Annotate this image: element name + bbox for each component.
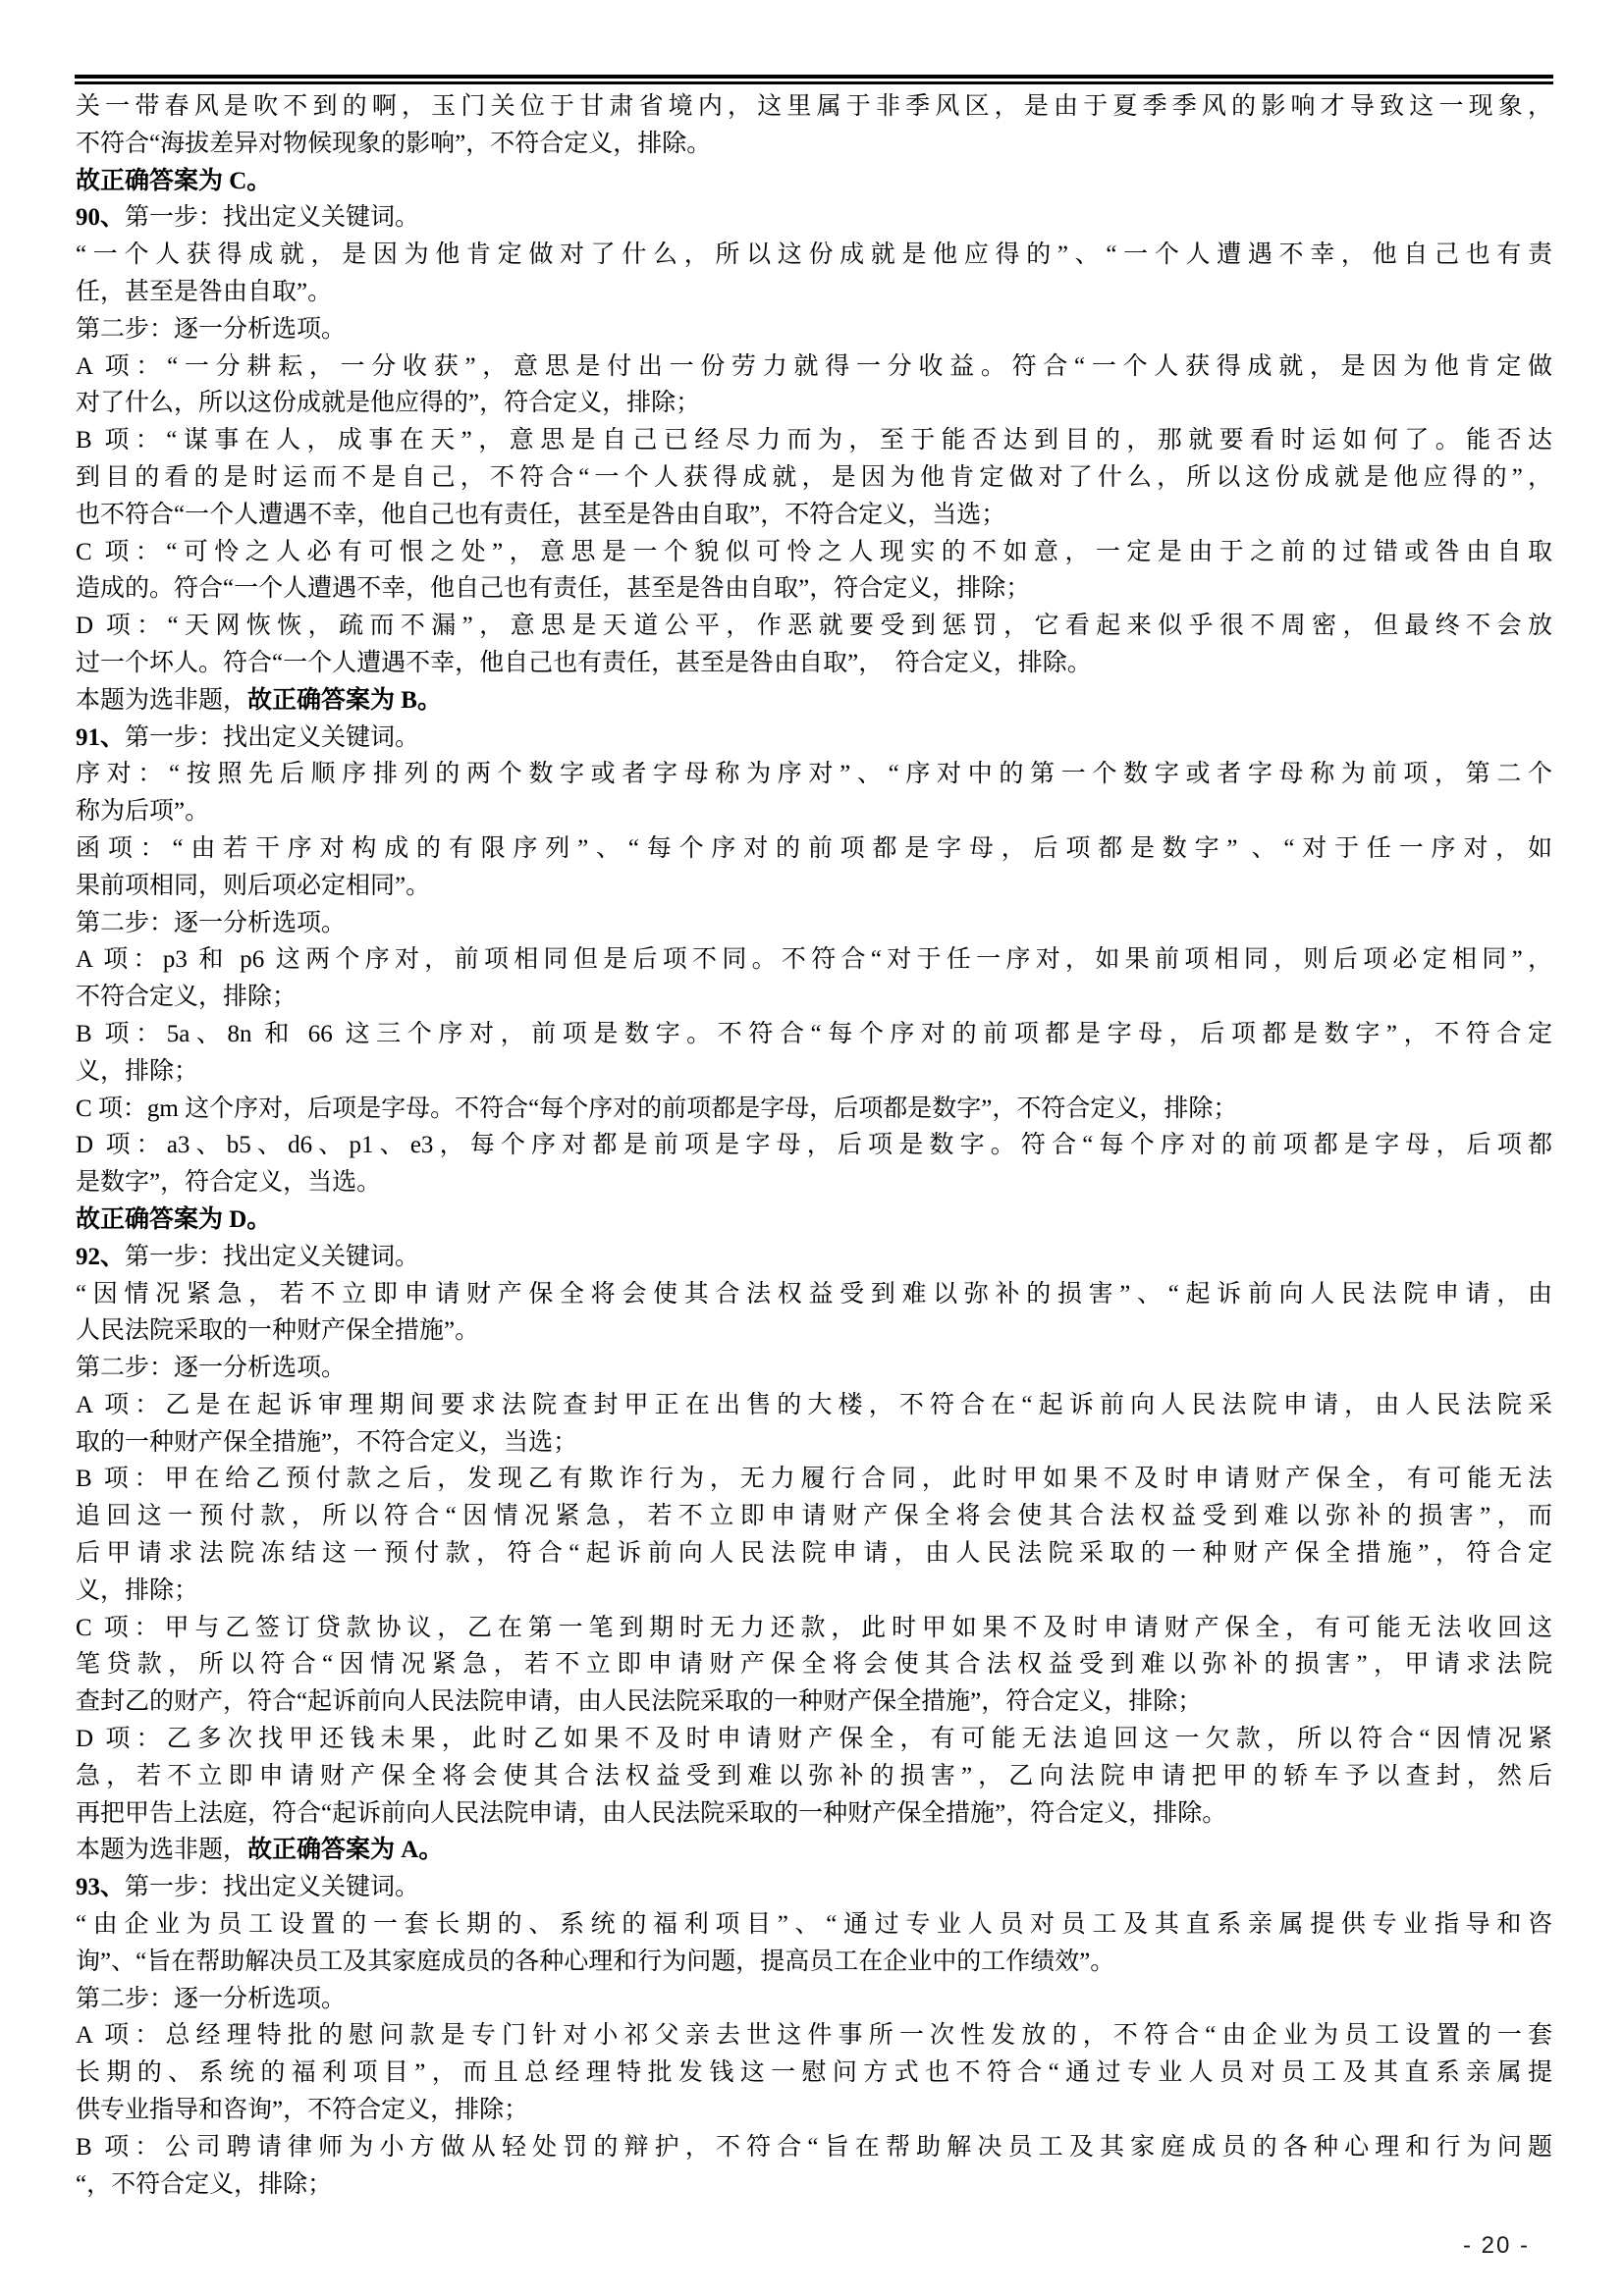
text-line: 后甲请求法院冻结这一预付款，符合“起诉前向人民法院申请，由人民法院采取的一种财产…: [76, 1535, 1552, 1573]
text-line: 关一带春风是吹不到的啊，玉门关位于甘肃省境内，这里属于非季风区，是由于夏季季风的…: [76, 88, 1552, 126]
text-segment: A 项：总经理特批的慰问款是专门针对小祁父亲去世这件事所一次性发放的，不符合“由…: [76, 2022, 1552, 2049]
text-segment: A 项：乙是在起诉审理期间要求法院查封甲正在出售的大楼，不符合在“起诉前向人民法…: [76, 1392, 1552, 1418]
text-line: 追回这一预付款，所以符合“因情况紧急，若不立即申请财产保全将会使其合法权益受到难…: [76, 1498, 1552, 1535]
text-segment: B 项：公司聘请律师为小方做从轻处罚的辩护，不符合“旨在帮助解决员工及其家庭成员…: [76, 2134, 1552, 2161]
text-line: 询”、“旨在帮助解决员工及其家庭成员的各种心理和行为问题，提高员工在企业中的工作…: [76, 1944, 1552, 1981]
text-segment: D 项：“天网恢恢，疏而不漏”，意思是天道公平，作恶就要受到惩罚，它看起来似乎很…: [76, 613, 1552, 639]
text-line: “因情况紧急，若不立即申请财产保全将会使其合法权益受到难以弥补的损害”、“起诉前…: [76, 1276, 1552, 1313]
text-segment: 过一个坏人。符合“一个人遭遇不幸，他自己也有责任，甚至是咎由自取”， 符合定义，…: [76, 650, 1092, 676]
text-segment: “，不符合定义，排除；: [76, 2171, 332, 2198]
text-segment: 本题为选非题，: [76, 687, 247, 714]
text-segment: 供专业指导和咨询”，不符合定义，排除；: [76, 2097, 528, 2123]
text-line: “一个人获得成就，是因为他肯定做对了什么，所以这份成就是他应得的”、“一个人遭遇…: [76, 237, 1552, 274]
text-line: 第二步：逐一分析选项。: [76, 905, 1552, 942]
text-segment: B 项：5a、8n 和 66 这三个序对，前项是数字。不符合“每个序对的前项都是…: [76, 1021, 1552, 1047]
text-segment: 第二步：逐一分析选项。: [76, 1986, 346, 2012]
text-line: 是数字”，符合定义，当选。: [76, 1164, 1552, 1201]
text-segment: A 项：p3 和 p6 这两个序对，前项相同但是后项不同。不符合“对于任一序对，…: [76, 946, 1552, 973]
text-line: 本题为选非题，故正确答案为 A。: [76, 1832, 1552, 1869]
text-line: 取的一种财产保全措施”，不符合定义，当选；: [76, 1424, 1552, 1462]
text-line: C 项：gm 这个序对，后项是字母。不符合“每个序对的前项都是字母，后项都是数字…: [76, 1091, 1552, 1128]
text-line: B 项：甲在给乙预付款之后，发现乙有欺诈行为，无力履行合同，此时甲如果不及时申请…: [76, 1461, 1552, 1498]
text-line: 义，排除；: [76, 1053, 1552, 1091]
text-line: A 项：“一分耕耘，一分收获”，意思是付出一份劳力就得一分收益。符合“一个人获得…: [76, 348, 1552, 386]
text-segment: A 项：“一分耕耘，一分收获”，意思是付出一份劳力就得一分收益。符合“一个人获得…: [76, 353, 1552, 380]
text-line: A 项：p3 和 p6 这两个序对，前项相同但是后项不同。不符合“对于任一序对，…: [76, 941, 1552, 979]
text-segment: 义，排除；: [76, 1058, 198, 1085]
text-segment: 第一步：找出定义关键词。: [125, 1874, 419, 1900]
text-segment: 序对：“按照先后顺序排列的两个数字或者字母称为序对”、“序对中的第一个数字或者字…: [76, 761, 1552, 787]
text-line: D 项：乙多次找甲还钱未果，此时乙如果不及时申请财产保全，有可能无法追回这一欠款…: [76, 1721, 1552, 1758]
text-line: “由企业为员工设置的一套长期的、系统的福利项目”、“通过专业人员对员工及其直系亲…: [76, 1906, 1552, 1944]
text-segment: 后甲请求法院冻结这一预付款，符合“起诉前向人民法院申请，由人民法院采取的一种财产…: [76, 1540, 1552, 1567]
text-line: 到目的看的是时运而不是自己，不符合“一个人获得成就，是因为他肯定做对了什么，所以…: [76, 459, 1552, 497]
text-segment: 第二步：逐一分析选项。: [76, 910, 346, 936]
text-segment: 笔贷款，所以符合“因情况紧急，若不立即申请财产保全将会使其合法权益受到难以弥补的…: [76, 1651, 1552, 1678]
header-rule-thin-line: [75, 81, 1553, 84]
header-double-rule: [75, 75, 1553, 84]
text-segment: 造成的。符合“一个人遭遇不幸，他自己也有责任，甚至是咎由自取”，符合定义，排除；: [76, 575, 1030, 602]
text-line: 果前项相同，则后项必定相同”。: [76, 868, 1552, 905]
text-line: 义，排除；: [76, 1573, 1552, 1610]
text-line: 故正确答案为 D。: [76, 1201, 1552, 1239]
text-segment: 追回这一预付款，所以符合“因情况紧急，若不立即申请财产保全将会使其合法权益受到难…: [76, 1503, 1552, 1529]
text-line: 92、第一步：找出定义关键词。: [76, 1239, 1552, 1276]
text-line: D 项：“天网恢恢，疏而不漏”，意思是天道公平，作恶就要受到惩罚，它看起来似乎很…: [76, 608, 1552, 645]
text-line: 故正确答案为 C。: [76, 163, 1552, 200]
text-line: 第二步：逐一分析选项。: [76, 1981, 1552, 2018]
text-line: 不符合“海拔差异对物候现象的影响”，不符合定义，排除。: [76, 126, 1552, 163]
text-segment: 再把甲告上法庭，符合“起诉前向人民法院申请，由人民法院采取的一种财产保全措施”，…: [76, 1800, 1226, 1827]
text-segment: “由企业为员工设置的一套长期的、系统的福利项目”、“通过专业人员对员工及其直系亲…: [76, 1911, 1552, 1938]
text-line: 第二步：逐一分析选项。: [76, 1350, 1552, 1387]
text-line: 查封乙的财产，符合“起诉前向人民法院申请，由人民法院采取的一种财产保全措施”，符…: [76, 1683, 1552, 1721]
answer-emphasis-segment: 93、: [76, 1874, 125, 1900]
text-line: 对了什么，所以这份成就是他应得的”，符合定义，排除；: [76, 385, 1552, 422]
text-segment: “因情况紧急，若不立即申请财产保全将会使其合法权益受到难以弥补的损害”、“起诉前…: [76, 1281, 1552, 1308]
text-line: D 项：a3、b5、d6、p1、e3，每个序对都是前项是字母，后项是数字。符合“…: [76, 1127, 1552, 1164]
text-segment: 人民法院采取的一种财产保全措施”。: [76, 1317, 479, 1344]
text-line: 本题为选非题，故正确答案为 B。: [76, 682, 1552, 720]
text-line: B 项：5a、8n 和 66 这三个序对，前项是数字。不符合“每个序对的前项都是…: [76, 1016, 1552, 1053]
answer-emphasis-segment: 90、: [76, 204, 125, 231]
text-segment: 也不符合“一个人遭遇不幸，他自己也有责任，甚至是咎由自取”，不符合定义，当选；: [76, 502, 1005, 528]
text-line: B 项：“谋事在人，成事在天”，意思是自己已经尽力而为，至于能否达到目的，那就要…: [76, 422, 1552, 459]
text-line: 函项：“由若干序对构成的有限序列”、“每个序对的前项都是字母，后项都是数字” 、…: [76, 830, 1552, 868]
text-line: 90、第一步：找出定义关键词。: [76, 199, 1552, 237]
answer-emphasis-segment: 92、: [76, 1244, 125, 1270]
text-line: 也不符合“一个人遭遇不幸，他自己也有责任，甚至是咎由自取”，不符合定义，当选；: [76, 497, 1552, 534]
text-segment: 不符合定义，排除；: [76, 984, 297, 1010]
text-segment: 询”、“旨在帮助解决员工及其家庭成员的各种心理和行为问题，提高员工在企业中的工作…: [76, 1949, 1114, 1975]
document-body: 关一带春风是吹不到的啊，玉门关位于甘肃省境内，这里属于非季风区，是由于夏季季风的…: [76, 88, 1552, 2203]
text-segment: 查封乙的财产，符合“起诉前向人民法院申请，由人民法院采取的一种财产保全措施”，符…: [76, 1688, 1202, 1715]
text-segment: 任，甚至是咎由自取”。: [76, 279, 332, 305]
text-segment: 第二步：逐一分析选项。: [76, 1355, 346, 1381]
text-segment: D 项：乙多次找甲还钱未果，此时乙如果不及时申请财产保全，有可能无法追回这一欠款…: [76, 1726, 1552, 1752]
text-segment: 函项：“由若干序对构成的有限序列”、“每个序对的前项都是字母，后项都是数字” 、…: [76, 835, 1552, 862]
text-line: 93、第一步：找出定义关键词。: [76, 1869, 1552, 1906]
text-line: 序对：“按照先后顺序排列的两个数字或者字母称为序对”、“序对中的第一个数字或者字…: [76, 756, 1552, 793]
text-segment: 第一步：找出定义关键词。: [125, 724, 419, 751]
text-line: A 项：总经理特批的慰问款是专门针对小祁父亲去世这件事所一次性发放的，不符合“由…: [76, 2017, 1552, 2055]
text-line: 第二步：逐一分析选项。: [76, 311, 1552, 348]
text-line: 称为后项”。: [76, 793, 1552, 830]
text-segment: 本题为选非题，: [76, 1837, 247, 1863]
text-line: 再把甲告上法庭，符合“起诉前向人民法院申请，由人民法院采取的一种财产保全措施”，…: [76, 1795, 1552, 1833]
text-segment: C 项：gm 这个序对，后项是字母。不符合“每个序对的前项都是字母，后项都是数字…: [76, 1095, 1237, 1122]
text-segment: 第一步：找出定义关键词。: [125, 1244, 419, 1270]
answer-emphasis-segment: 故正确答案为 A。: [247, 1837, 443, 1863]
text-segment: 第一步：找出定义关键词。: [125, 204, 419, 231]
text-line: 笔贷款，所以符合“因情况紧急，若不立即申请财产保全将会使其合法权益受到难以弥补的…: [76, 1646, 1552, 1683]
text-line: A 项：乙是在起诉审理期间要求法院查封甲正在出售的大楼，不符合在“起诉前向人民法…: [76, 1387, 1552, 1424]
text-line: B 项：公司聘请律师为小方做从轻处罚的辩护，不符合“旨在帮助解决员工及其家庭成员…: [76, 2129, 1552, 2166]
text-segment: 果前项相同，则后项必定相同”。: [76, 873, 430, 899]
text-segment: C 项：甲与乙签订贷款协议，乙在第一笔到期时无力还款，此时甲如果不及时申请财产保…: [76, 1615, 1552, 1641]
text-segment: 第二步：逐一分析选项。: [76, 316, 346, 343]
text-segment: C 项：“可怜之人必有可恨之处”，意思是一个貌似可怜之人现实的不如意，一定是由于…: [76, 539, 1552, 565]
text-segment: B 项：甲在给乙预付款之后，发现乙有欺诈行为，无力履行合同，此时甲如果不及时申请…: [76, 1466, 1552, 1492]
text-line: C 项：“可怜之人必有可恨之处”，意思是一个貌似可怜之人现实的不如意，一定是由于…: [76, 534, 1552, 571]
text-line: 91、第一步：找出定义关键词。: [76, 720, 1552, 757]
text-line: 造成的。符合“一个人遭遇不幸，他自己也有责任，甚至是咎由自取”，符合定义，排除；: [76, 570, 1552, 608]
text-segment: 称为后项”。: [76, 798, 209, 825]
text-segment: 是数字”，符合定义，当选。: [76, 1169, 381, 1196]
text-segment: D 项：a3、b5、d6、p1、e3，每个序对都是前项是字母，后项是数字。符合“…: [76, 1132, 1552, 1158]
text-segment: 到目的看的是时运而不是自己，不符合“一个人获得成就，是因为他肯定做对了什么，所以…: [76, 464, 1552, 491]
text-segment: 长期的、系统的福利项目”，而且总经理特批发钱这一慰问方式也不符合“通过专业人员对…: [76, 2059, 1552, 2086]
text-segment: “一个人获得成就，是因为他肯定做对了什么，所以这份成就是他应得的”、“一个人遭遇…: [76, 241, 1552, 268]
answer-emphasis-segment: 故正确答案为 B。: [247, 687, 442, 714]
text-segment: 义，排除；: [76, 1577, 198, 1604]
text-segment: 关一带春风是吹不到的啊，玉门关位于甘肃省境内，这里属于非季风区，是由于夏季季风的…: [76, 93, 1552, 120]
answer-emphasis-segment: 故正确答案为 C。: [76, 168, 271, 194]
text-line: 长期的、系统的福利项目”，而且总经理特批发钱这一慰问方式也不符合“通过专业人员对…: [76, 2055, 1552, 2092]
answer-emphasis-segment: 故正确答案为 D。: [76, 1206, 271, 1233]
page-number: - 20 -: [1463, 2232, 1530, 2260]
text-segment: 急，若不立即申请财产保全将会使其合法权益受到难以弥补的损害”，乙向法院申请把甲的…: [76, 1763, 1552, 1789]
text-line: 不符合定义，排除；: [76, 979, 1552, 1016]
text-line: 人民法院采取的一种财产保全措施”。: [76, 1312, 1552, 1350]
text-line: 任，甚至是咎由自取”。: [76, 274, 1552, 311]
text-segment: 取的一种财产保全措施”，不符合定义，当选；: [76, 1429, 577, 1456]
document-page: 关一带春风是吹不到的啊，玉门关位于甘肃省境内，这里属于非季风区，是由于夏季季风的…: [0, 0, 1624, 2296]
text-line: 过一个坏人。符合“一个人遭遇不幸，他自己也有责任，甚至是咎由自取”， 符合定义，…: [76, 645, 1552, 682]
text-segment: 对了什么，所以这份成就是他应得的”，符合定义，排除；: [76, 390, 700, 416]
answer-emphasis-segment: 91、: [76, 724, 125, 751]
text-segment: 不符合“海拔差异对物候现象的影响”，不符合定义，排除。: [76, 131, 711, 157]
text-line: C 项：甲与乙签订贷款协议，乙在第一笔到期时无力还款，此时甲如果不及时申请财产保…: [76, 1610, 1552, 1647]
text-segment: B 项：“谋事在人，成事在天”，意思是自己已经尽力而为，至于能否达到目的，那就要…: [76, 427, 1552, 454]
text-line: 急，若不立即申请财产保全将会使其合法权益受到难以弥补的损害”，乙向法院申请把甲的…: [76, 1758, 1552, 1795]
text-line: 供专业指导和咨询”，不符合定义，排除；: [76, 2092, 1552, 2129]
text-line: “，不符合定义，排除；: [76, 2166, 1552, 2204]
